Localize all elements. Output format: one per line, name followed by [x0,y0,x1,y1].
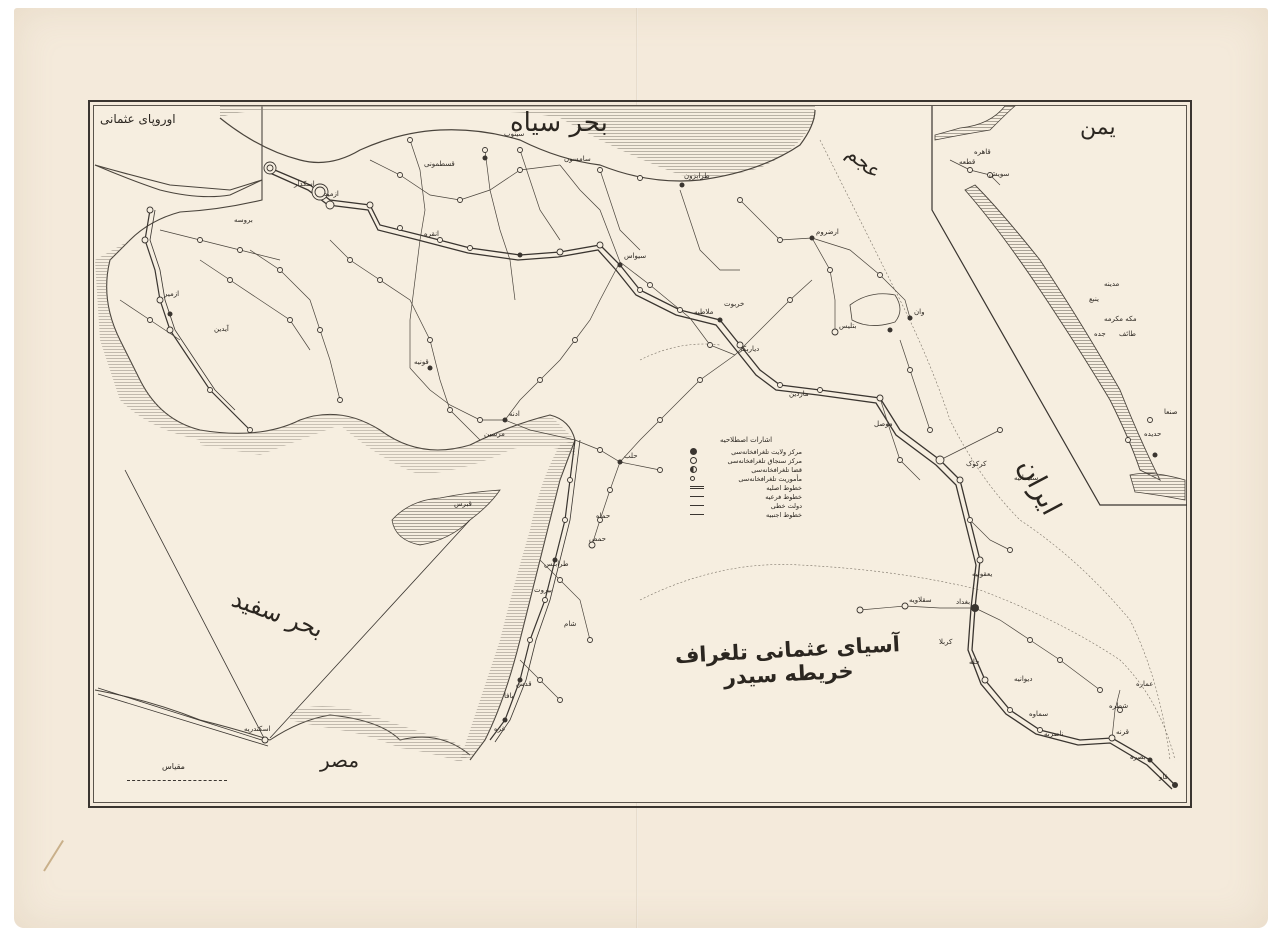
place-label: ینبع [1089,295,1099,303]
lake-van [850,294,900,326]
black-sea-label: بحر سیاه [510,108,608,138]
place-label: قدس [516,680,532,688]
place-label: یافا [504,692,514,700]
place-label: وان [914,308,924,316]
half-circle-icon [690,466,697,473]
place-label: جده [1094,330,1106,338]
place-label: بصره [1130,753,1146,761]
scale-bar [127,780,227,781]
place-label: قونیه [414,358,429,366]
place-label: اسکندریه [244,725,271,733]
place-label: قرنه [1116,728,1129,736]
place-label: کربلا [939,638,952,646]
legend-title: اشارات اصطلاحیه [690,436,802,444]
place-label: عماره [1136,680,1153,688]
place-label: بیروت [534,586,552,594]
place-label: حله [969,658,979,666]
single-line-icon [690,496,704,497]
yemen-label: یمن [1080,115,1116,140]
double-line-icon [690,486,704,489]
place-label: فاو [1159,773,1168,781]
legend-item: دولت خطی [690,501,802,510]
line-icon [690,514,704,515]
place-label: اسکدار [294,180,315,188]
place-label: مکه مکرمه [1104,315,1137,323]
place-label: ازمیر [164,290,179,298]
legend-item: مرکز ولایت تلغرافخانه‌سی [690,447,802,456]
place-label: دیوانیه [1014,675,1032,683]
place-label: خربوت [724,300,744,308]
place-label: ارضروم [816,228,839,236]
place-label: حماه [596,512,610,520]
small-circle-icon [690,476,695,481]
place-label: قاهره [974,148,991,156]
place-label: حمص [589,535,606,543]
place-label: بغداد [956,598,970,606]
place-label: ادنه [509,410,520,418]
place-label: طرابلس [544,560,569,568]
place-label: دیاربکر [739,345,759,353]
open-circle-icon [690,457,697,464]
filled-circle-icon [690,448,697,455]
place-label: یعقوبیه [972,570,992,578]
place-label: طرابزون [684,172,710,180]
ottoman-europe-label: اوروپای عثمانی [100,112,176,126]
place-label: موصل [874,420,893,428]
legend-item: خطوط اجنبیه [690,510,802,519]
place-label: صنعا [1164,408,1178,416]
legend-item: قضا تلغرافخانه‌سی [690,465,802,474]
legend-item: خطوط اصلیه [690,483,802,492]
place-label: کرکوک [966,460,986,468]
place-label: سامسون [564,155,591,163]
egypt-label: مصر [320,748,359,772]
place-label: سویش [989,170,1009,178]
place-label: قسطمونی [424,160,455,168]
place-label: بتلیس [839,322,856,330]
place-label: ملاطیه [694,308,713,316]
cyprus-island [392,490,500,545]
map-legend: اشارات اصطلاحیه مرکز ولایت تلغرافخانه‌سی… [690,436,802,519]
place-label: ازمید [324,190,339,198]
place-label: مرسین [484,430,505,438]
place-label: حلب [624,452,638,460]
place-label: مدینه [1104,280,1119,288]
legend-item: مأموریت تلغرافخانه‌سی [690,474,802,483]
place-label: ماردین [789,390,809,398]
place-label: شام [564,620,576,628]
place-label: انقره [424,230,439,238]
place-label: قطعه [959,158,975,166]
telegraph-map-canvas [0,0,1280,935]
line-icon [690,505,704,506]
place-label: آیدین [214,325,229,333]
scale-label: مقیاس [162,762,185,771]
place-label: طائف [1119,330,1136,338]
place-label: قبرس [454,500,472,508]
place-label: ناصریه [1044,730,1064,738]
legend-item: مرکز سنجاق تلغرافخانه‌سی [690,456,802,465]
place-label: سماوه [1029,710,1048,718]
place-label: حدیده [1144,430,1161,438]
place-label: سقلاویه [909,596,932,604]
legend-item: خطوط فرعیه [690,492,802,501]
place-label: سیواس [624,252,646,260]
place-label: شطره [1109,702,1128,710]
place-label: غزه [494,725,505,733]
place-label: بروسه [234,216,253,224]
